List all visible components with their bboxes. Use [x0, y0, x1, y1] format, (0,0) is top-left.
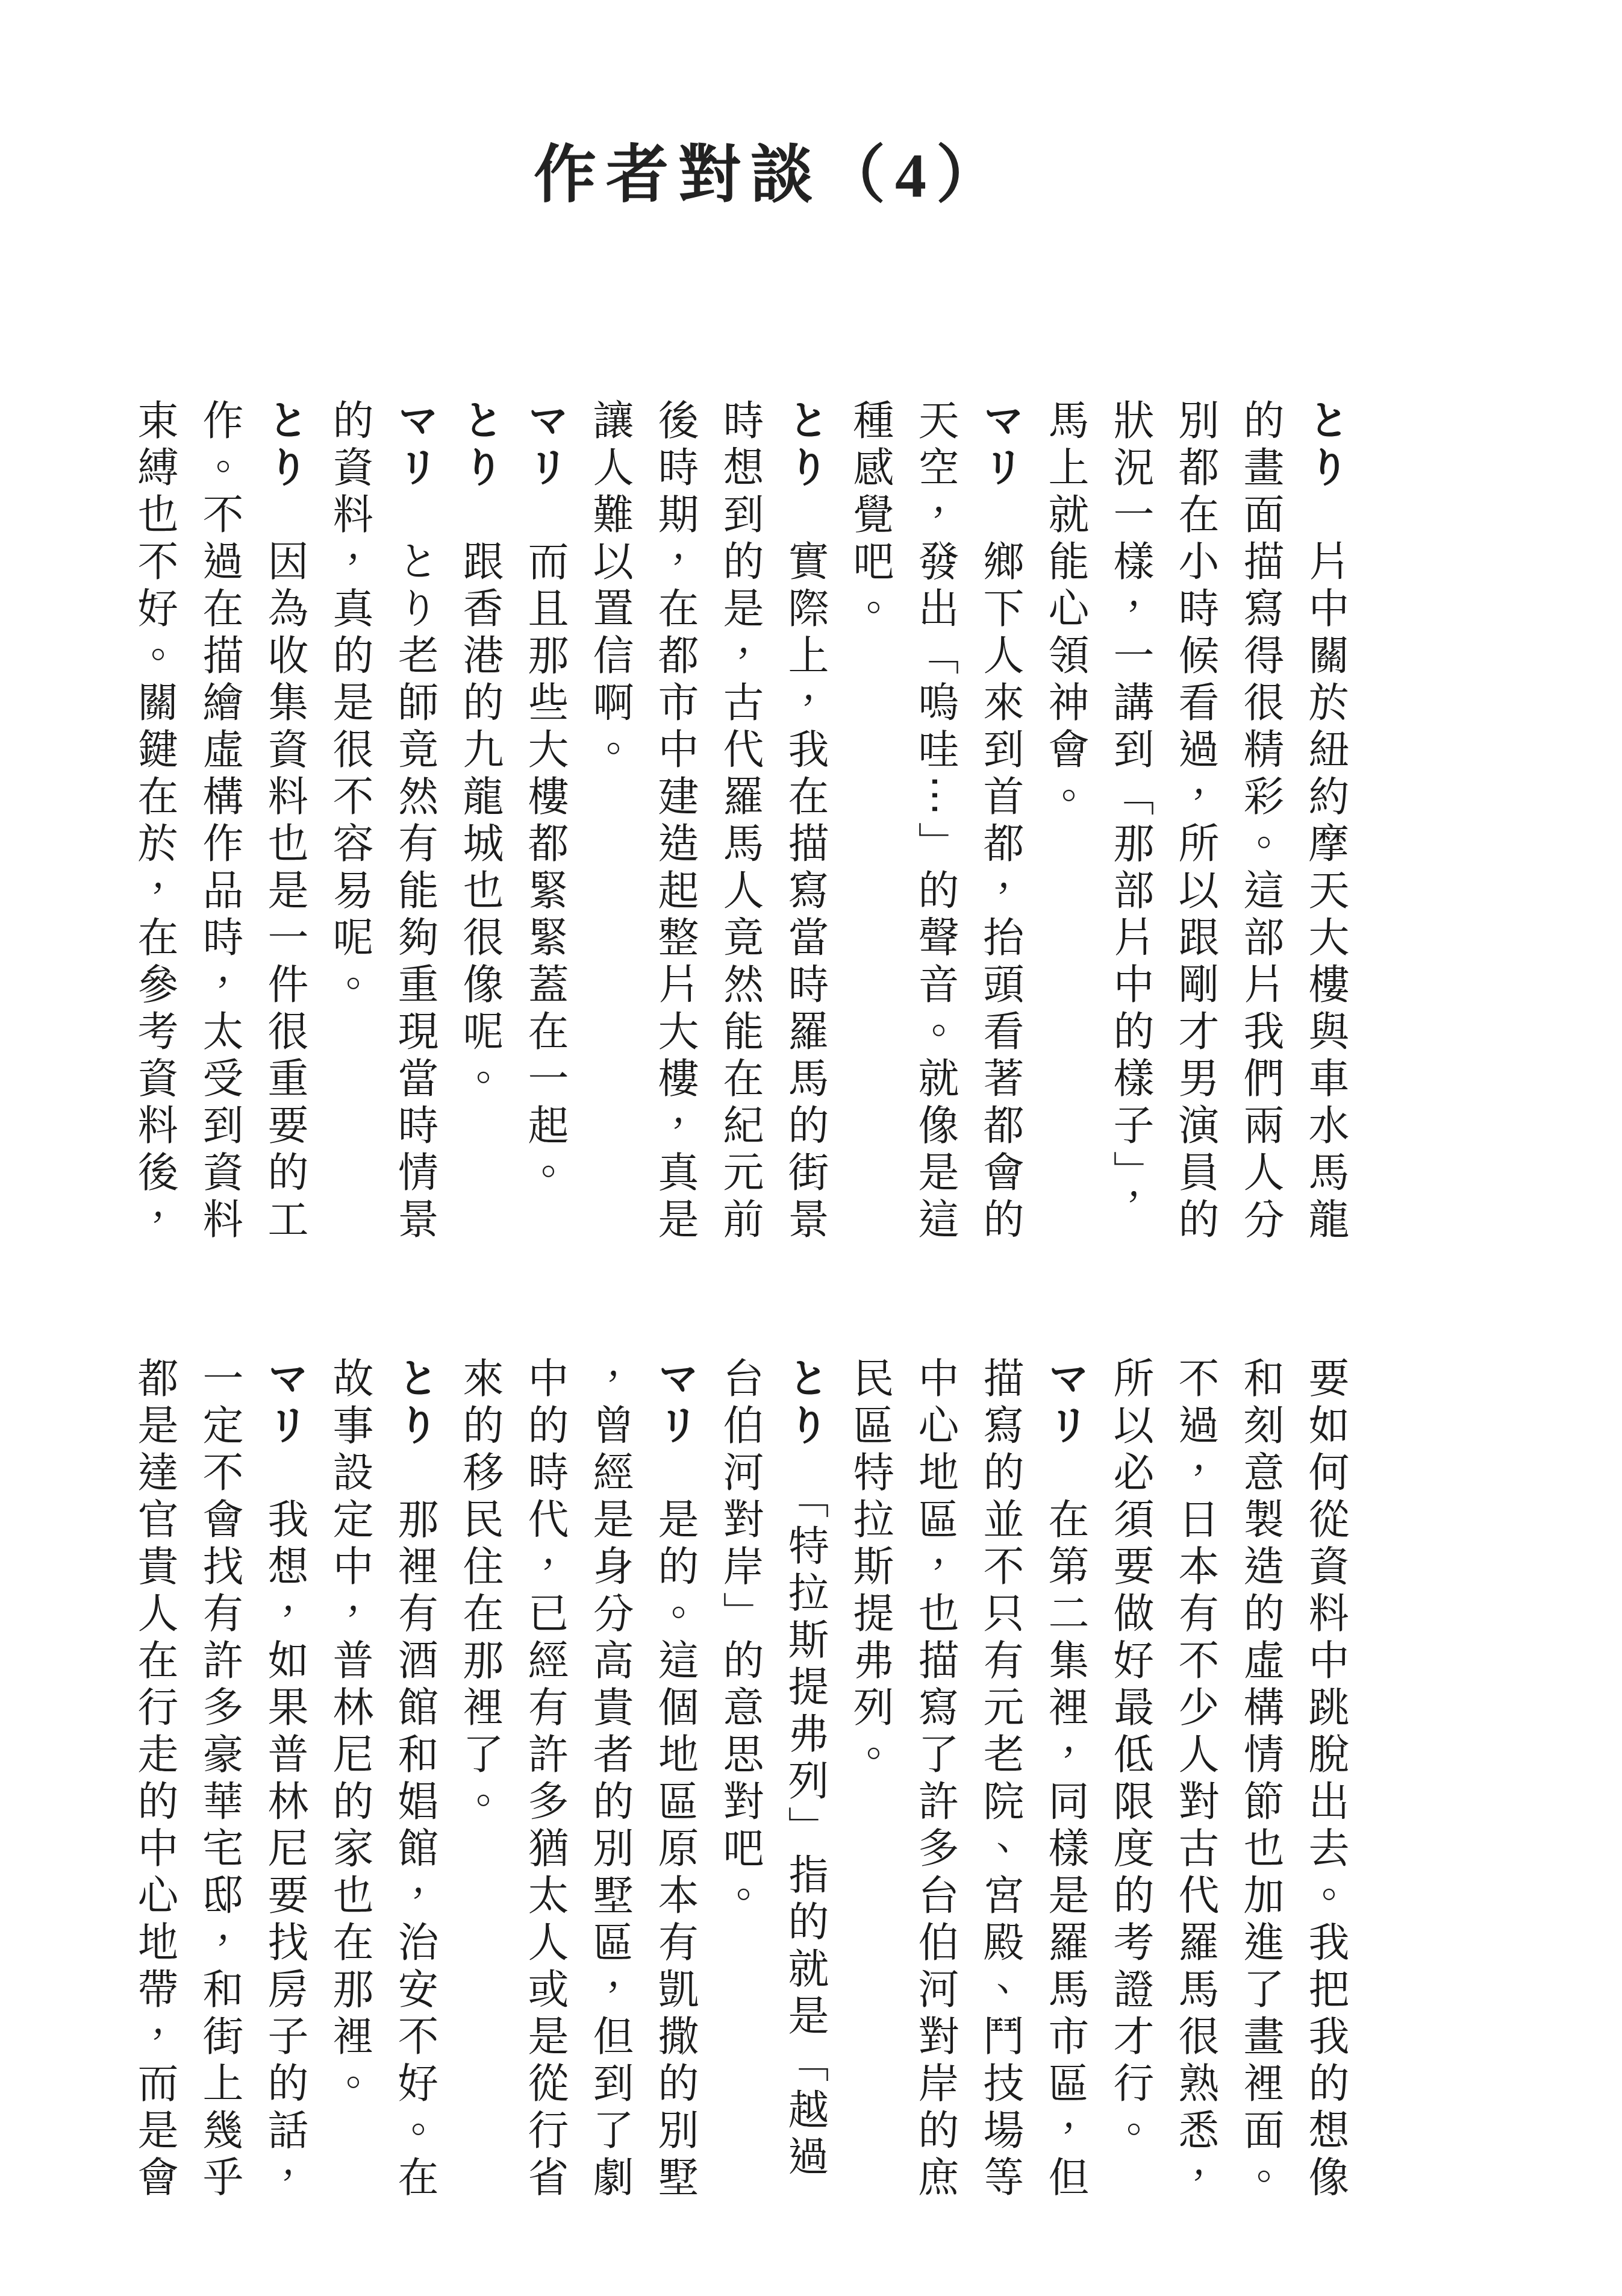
dialogue-text: 都是達官貴人在行走的中心地帶，而是會	[132, 1357, 178, 2203]
dialogue-text: 別都在小時候看過，所以跟剛才男演員的	[1173, 399, 1218, 1245]
speaker-label: マリ	[1043, 1357, 1088, 1498]
dialogue-line: 天空，發出「嗚哇⋯」的聲音。就像是這	[903, 399, 968, 1290]
dialogue-line: 和刻意製造的虛構情節也加進了畫裡面。	[1228, 1357, 1293, 2248]
dialogue-line: とり 片中關於紐約摩天大樓與車水馬龍	[1293, 399, 1358, 1290]
dialogue-line: 束縛也不好。關鍵在於，在參考資料後，	[122, 399, 187, 1290]
dialogue-line: 中的時代，已經有許多猶太人或是從行省	[513, 1357, 578, 2248]
dialogue-line: 故事設定中，普林尼的家也在那裡。	[317, 1357, 382, 2248]
dialogue-line: マリ とり老師竟然有能夠重現當時情景	[382, 399, 448, 1290]
dialogue-line: 狀況一樣，一講到「那部片中的樣子」，	[1098, 399, 1163, 1290]
dialogue-text: 馬上就能心領神會。	[1043, 399, 1088, 822]
dialogue-text: 不過，日本有不少人對古代羅馬很熟悉，	[1173, 1357, 1218, 2203]
dialogue-text: 鄉下人來到首都，抬頭看著都會的	[978, 540, 1023, 1245]
dialogue-line: マリ 我想，如果普林尼要找房子的話，	[252, 1357, 317, 2248]
dialogue-text: 跟香港的九龍城也很像呢。	[457, 540, 503, 1104]
dialogue-text: 民區特拉斯提弗列。	[847, 1357, 893, 1780]
dialogue-text: 和刻意製造的虛構情節也加進了畫裡面。	[1238, 1357, 1284, 2203]
dialogue-text: 「特拉斯提弗列」指的就是「越過	[782, 1498, 828, 2182]
dialogue-text: 來的移民住在那裡了。	[457, 1357, 503, 1827]
dialogue-line: 一定不會找有許多豪華宅邸，和街上幾乎	[187, 1357, 252, 2248]
dialogue-text: 一定不會找有許多豪華宅邸，和街上幾乎	[197, 1357, 243, 2203]
dialogue-line: 的畫面描寫得很精彩。這部片我們兩人分	[1228, 399, 1293, 1290]
dialogue-text: 台伯河對岸」的意思對吧。	[717, 1357, 763, 1921]
dialogue-text: 時想到的是，古代羅馬人竟然能在紀元前	[717, 399, 763, 1245]
dialogue-line: とり 「特拉斯提弗列」指的就是「越過	[773, 1357, 838, 2248]
dialogue-line: 所以必須要做好最低限度的考證才行。	[1098, 1357, 1163, 2248]
dialogue-text: 而且那些大樓都緊緊蓋在一起。	[522, 540, 568, 1198]
dialogue-line: 馬上就能心領神會。	[1033, 399, 1098, 1290]
dialogue-line: 要如何從資料中跳脫出去。我把我的想像	[1293, 1357, 1358, 2248]
dialogue-text: 描寫的並不只有元老院、宮殿、鬥技場等	[978, 1357, 1023, 2203]
dialogue-text: 束縛也不好。關鍵在於，在參考資料後，	[132, 399, 178, 1245]
speaker-label: とり	[782, 1357, 828, 1498]
dialogue-line: とり 跟香港的九龍城也很像呢。	[448, 399, 513, 1290]
dialogue-text: 我想，如果普林尼要找房子的話，	[262, 1498, 308, 2203]
dialogue-text: 片中關於紐約摩天大樓與車水馬龍	[1303, 540, 1349, 1245]
dialogue-line: マリ 是的。這個地區原本有凱撒的別墅	[643, 1357, 708, 2248]
dialogue-line: 民區特拉斯提弗列。	[838, 1357, 903, 2248]
dialogue-text: 故事設定中，普林尼的家也在那裡。	[327, 1357, 373, 2109]
speaker-label: マリ	[522, 399, 568, 540]
dialogue-line: マリ 而且那些大樓都緊緊蓋在一起。	[513, 399, 578, 1290]
dialogue-line: とり 因為收集資料也是一件很重要的工	[252, 399, 317, 1290]
dialogue-text: 那裡有酒館和娼館，治安不好。在	[392, 1498, 438, 2203]
dialogue-line: とり 那裡有酒館和娼館，治安不好。在	[382, 1357, 448, 2248]
dialogue-line: 別都在小時候看過，所以跟剛才男演員的	[1163, 399, 1228, 1290]
dialogue-line: マリ 在第二集裡，同樣是羅馬市區，但	[1033, 1357, 1098, 2248]
speaker-label: マリ	[392, 399, 438, 540]
dialogue-text: 後時期，在都市中建造起整片大樓，真是	[652, 399, 698, 1245]
dialogue-text: 狀況一樣，一講到「那部片中的樣子」，	[1108, 399, 1153, 1224]
dialogue-text: 所以必須要做好最低限度的考證才行。	[1108, 1357, 1153, 2156]
dialogue-text: 種感覺吧。	[847, 399, 893, 634]
dialogue-text: ，曾經是身分高貴者的別墅區，但到了劇	[587, 1357, 633, 2203]
dialogue-line: ，曾經是身分高貴者的別墅區，但到了劇	[578, 1357, 643, 2248]
page-title: 作者對談（4）	[0, 142, 1542, 210]
dialogue-line: 台伯河對岸」的意思對吧。	[708, 1357, 773, 2248]
dialogue-line: マリ 鄉下人來到首都，抬頭看著都會的	[968, 399, 1033, 1290]
dialogue-text: 作。不過在描繪虛構作品時，太受到資料	[197, 399, 243, 1245]
speaker-label: とり	[457, 399, 503, 540]
speaker-label: とり	[782, 399, 828, 540]
dialogue-top-block: とり 片中關於紐約摩天大樓與車水馬龍的畫面描寫得很精彩。這部片我們兩人分別都在小…	[122, 399, 1358, 1290]
dialogue-line: 中心地區，也描寫了許多台伯河對岸的庶	[903, 1357, 968, 2248]
speaker-label: とり	[262, 399, 308, 540]
dialogue-line: 來的移民住在那裡了。	[448, 1357, 513, 2248]
book-page: 作者對談（4） とり 片中關於紐約摩天大樓與車水馬龍的畫面描寫得很精彩。這部片我…	[0, 0, 1622, 2296]
dialogue-text: 在第二集裡，同樣是羅馬市區，但	[1043, 1498, 1088, 2203]
speaker-label: マリ	[978, 399, 1023, 540]
dialogue-text: 中的時代，已經有許多猶太人或是從行省	[522, 1357, 568, 2203]
speaker-label: マリ	[652, 1357, 698, 1498]
dialogue-text: 要如何從資料中跳脫出去。我把我的想像	[1303, 1357, 1349, 2203]
dialogue-text: 的畫面描寫得很精彩。這部片我們兩人分	[1238, 399, 1284, 1245]
dialogue-line: 的資料，真的是很不容易呢。	[317, 399, 382, 1290]
dialogue-text: とり老師竟然有能夠重現當時情景	[392, 540, 438, 1245]
dialogue-line: 作。不過在描繪虛構作品時，太受到資料	[187, 399, 252, 1290]
dialogue-line: 描寫的並不只有元老院、宮殿、鬥技場等	[968, 1357, 1033, 2248]
dialogue-line: 不過，日本有不少人對古代羅馬很熟悉，	[1163, 1357, 1228, 2248]
dialogue-text: 的資料，真的是很不容易呢。	[327, 399, 373, 1010]
speaker-label: マリ	[262, 1357, 308, 1498]
dialogue-text: 中心地區，也描寫了許多台伯河對岸的庶	[912, 1357, 958, 2203]
dialogue-line: 都是達官貴人在行走的中心地帶，而是會	[122, 1357, 187, 2248]
dialogue-line: 種感覺吧。	[838, 399, 903, 1290]
dialogue-text: 是的。這個地區原本有凱撒的別墅	[652, 1498, 698, 2203]
dialogue-line: とり 實際上，我在描寫當時羅馬的街景	[773, 399, 838, 1290]
dialogue-text: 天空，發出「嗚哇⋯」的聲音。就像是這	[912, 399, 958, 1245]
dialogue-text: 讓人難以置信啊。	[587, 399, 633, 775]
speaker-label: とり	[392, 1357, 438, 1498]
dialogue-text: 因為收集資料也是一件很重要的工	[262, 540, 308, 1245]
dialogue-bottom-block: 要如何從資料中跳脫出去。我把我的想像和刻意製造的虛構情節也加進了畫裡面。不過，日…	[122, 1357, 1358, 2248]
dialogue-line: 時想到的是，古代羅馬人竟然能在紀元前	[708, 399, 773, 1290]
dialogue-line: 後時期，在都市中建造起整片大樓，真是	[643, 399, 708, 1290]
dialogue-line: 讓人難以置信啊。	[578, 399, 643, 1290]
speaker-label: とり	[1303, 399, 1349, 540]
dialogue-text: 實際上，我在描寫當時羅馬的街景	[782, 540, 828, 1245]
